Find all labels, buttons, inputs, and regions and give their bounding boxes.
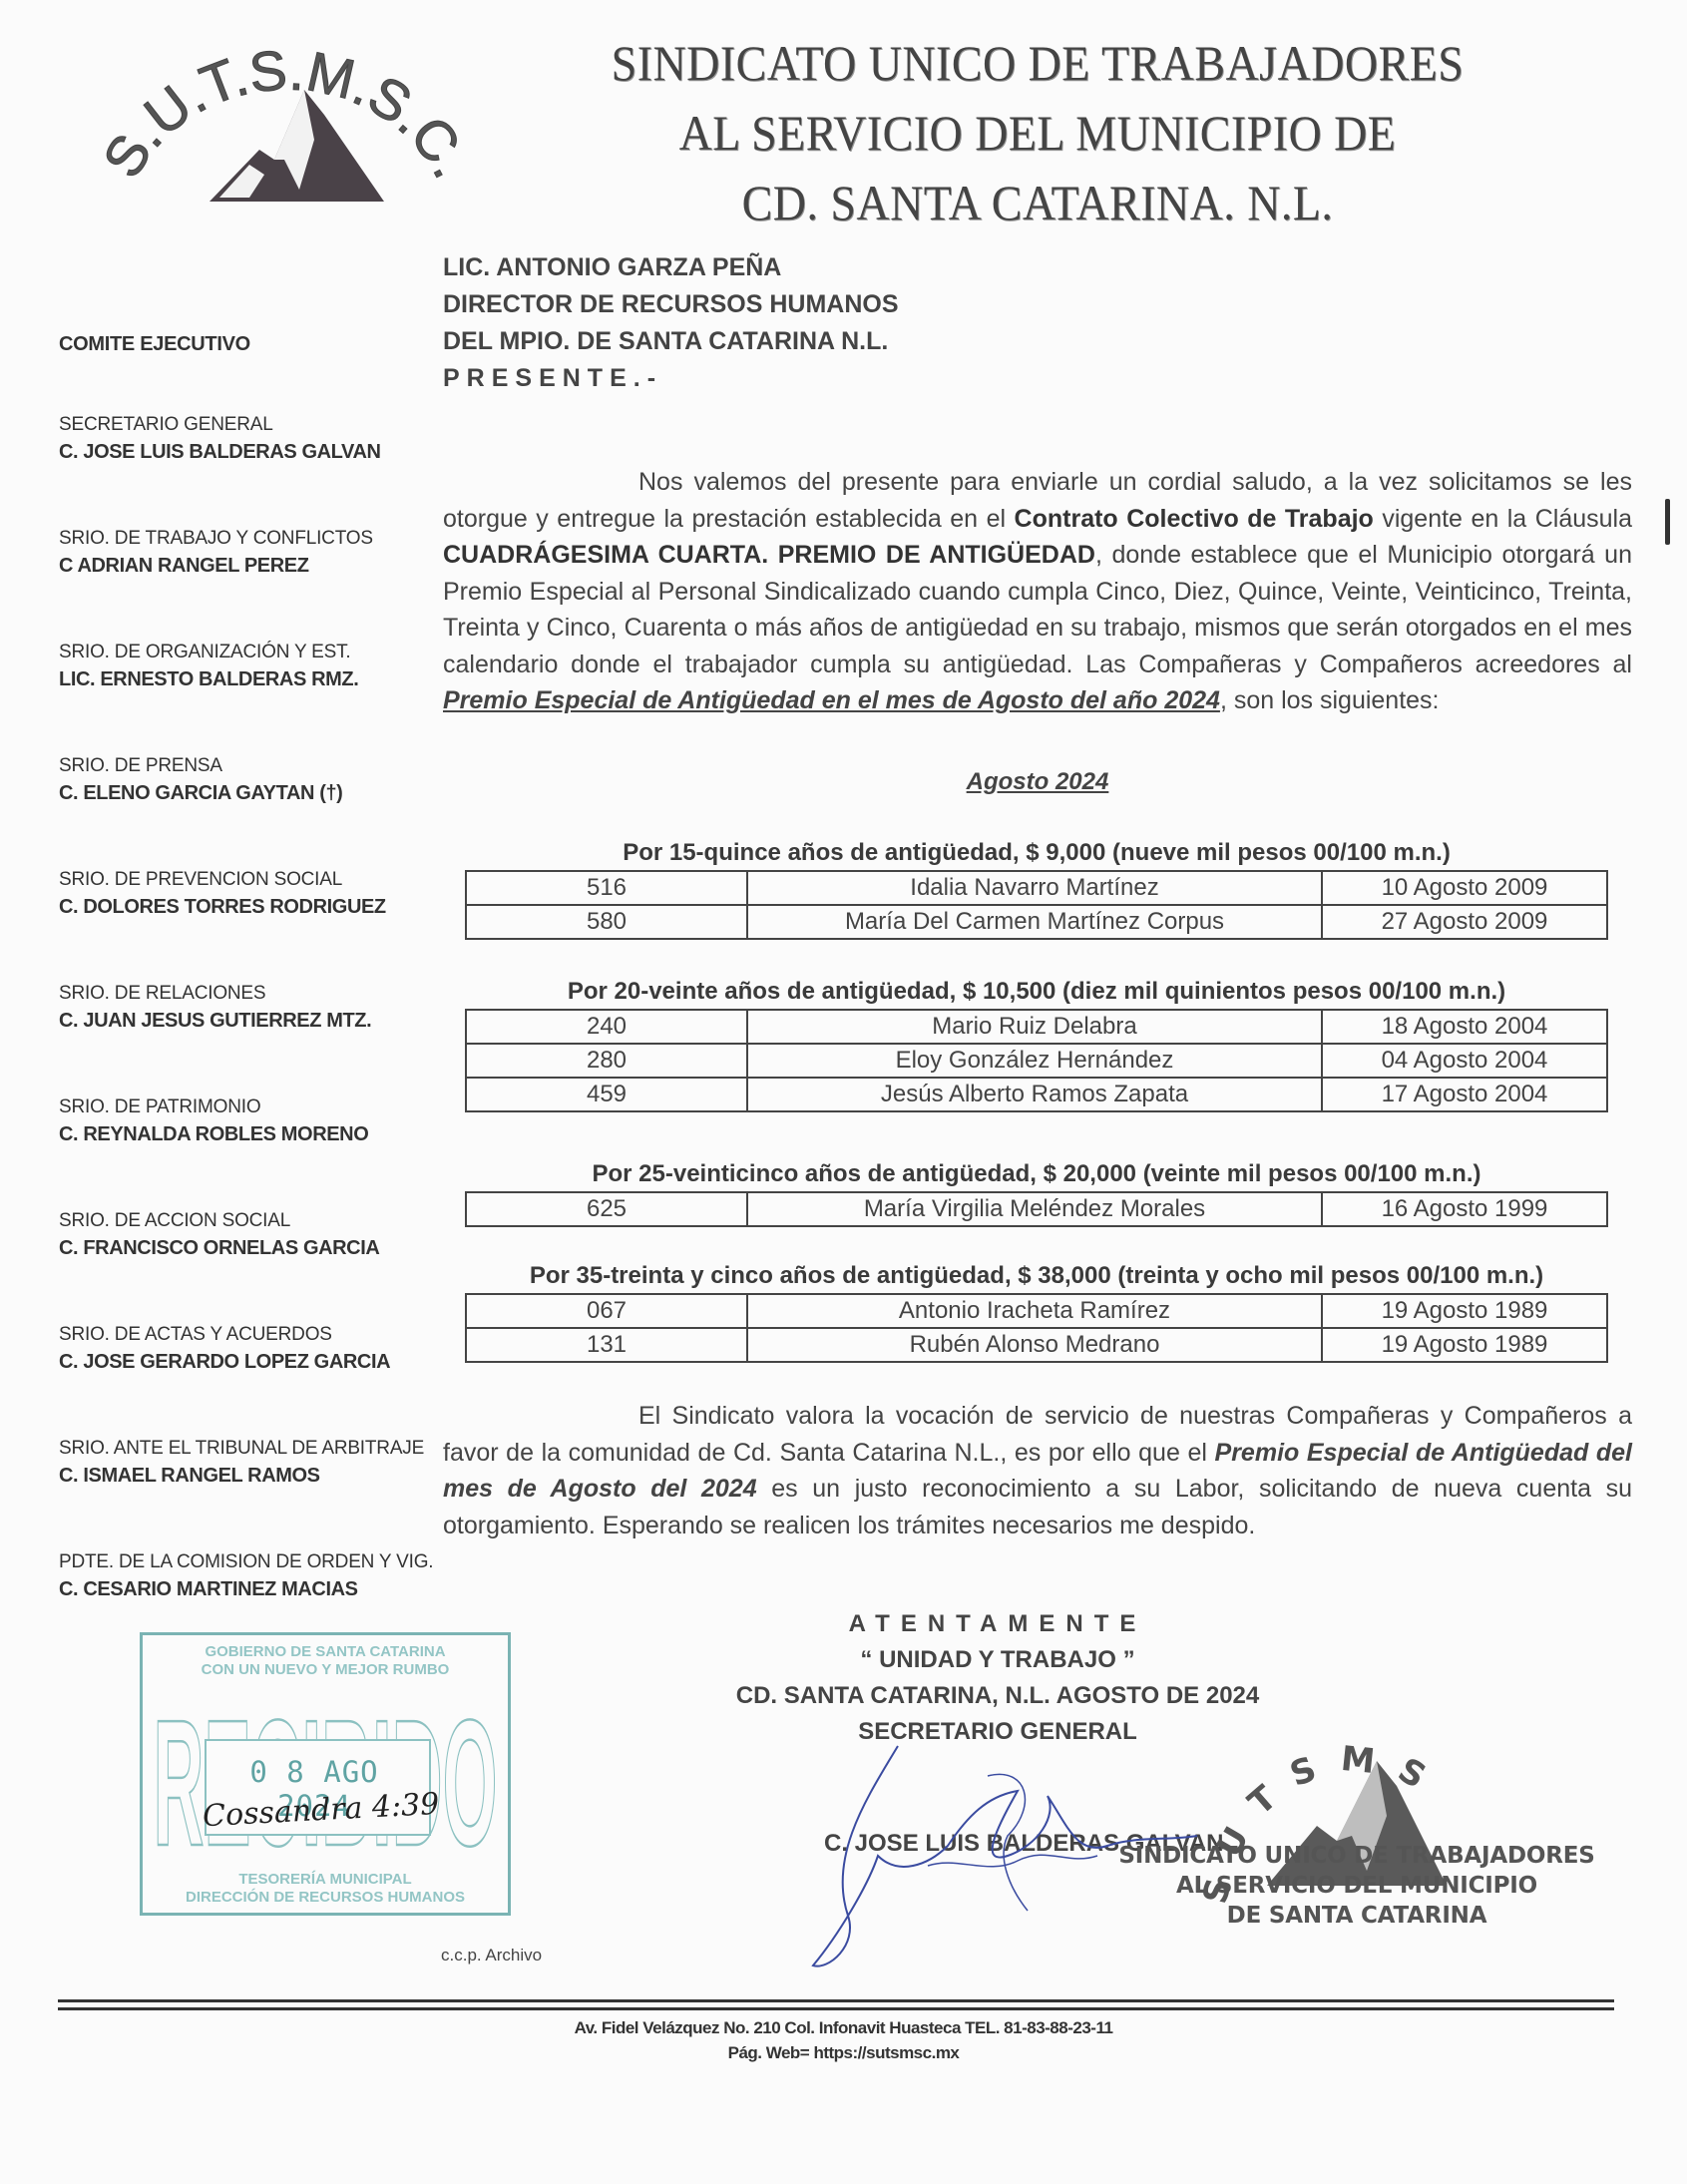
employee-name: María Del Carmen Martínez Corpus (747, 905, 1322, 939)
body-paragraph-1: Nos valemos del presente para enviarle u… (443, 464, 1632, 719)
committee-member: SRIO. DE ACCION SOCIALC. FRANCISCO ORNEL… (59, 1208, 438, 1322)
employee-number: 280 (466, 1044, 747, 1078)
employee-name: Eloy González Hernández (747, 1044, 1322, 1078)
table-row: 580María Del Carmen Martínez Corpus27 Ag… (466, 905, 1607, 939)
award-group-title: Por 25-veinticinco años de antigüedad, $… (465, 1157, 1608, 1191)
committee-sidebar: COMITE EJECUTIVO SECRETARIO GENERALC. JO… (59, 333, 438, 1663)
employee-number: 516 (466, 871, 747, 905)
committee-member: SRIO. DE PREVENCION SOCIALC. DOLORES TOR… (59, 867, 438, 981)
member-role: SRIO. ANTE EL TRIBUNAL DE ARBITRAJE (59, 1436, 438, 1462)
seal-line: DE SANTA CATARINA (1107, 1901, 1606, 1931)
member-name: C. REYNALDA ROBLES MORENO (59, 1120, 438, 1148)
employee-name: Mario Ruiz Delabra (747, 1010, 1322, 1044)
member-role: SECRETARIO GENERAL (59, 412, 438, 438)
table-row: 280Eloy González Hernández04 Agosto 2004 (466, 1044, 1607, 1078)
table-row: 240Mario Ruiz Delabra18 Agosto 2004 (466, 1010, 1607, 1044)
committee-member: SRIO. DE PRENSAC. ELENO GARCIA GAYTAN (†… (59, 753, 438, 867)
body-paragraph-2: El Sindicato valora la vocación de servi… (443, 1398, 1632, 1543)
stamp-line: TESORERÍA MUNICIPAL (143, 1871, 508, 1889)
committee-member: SRIO. DE TRABAJO Y CONFLICTOSC ADRIAN RA… (59, 526, 438, 640)
committee-member: SECRETARIO GENERALC. JOSE LUIS BALDERAS … (59, 412, 438, 526)
employee-number: 625 (466, 1192, 747, 1226)
member-name: C. FRANCISCO ORNELAS GARCIA (59, 1234, 438, 1262)
committee-member: SRIO. DE RELACIONESC. JUAN JESUS GUTIERR… (59, 981, 438, 1094)
member-name: C. JOSE GERARDO LOPEZ GARCIA (59, 1348, 438, 1376)
recipient-entity: DEL MPIO. DE SANTA CATARINA N.L. (443, 323, 899, 360)
employee-name: Antonio Iracheta Ramírez (747, 1294, 1322, 1328)
seal-line: SINDICATO UNICO DE TRABAJADORES (1107, 1841, 1606, 1871)
employee-name: María Virgilia Meléndez Morales (747, 1192, 1322, 1226)
member-role: SRIO. DE RELACIONES (59, 981, 438, 1007)
employee-number: 240 (466, 1010, 747, 1044)
hire-date: 17 Agosto 2004 (1322, 1078, 1607, 1111)
footer-divider (58, 2007, 1614, 2010)
award-group-25-years: Por 25-veinticinco años de antigüedad, $… (465, 1157, 1608, 1227)
member-role: SRIO. DE ORGANIZACIÓN Y EST. (59, 640, 438, 665)
employee-number: 580 (466, 905, 747, 939)
award-table: 516Idalia Navarro Martínez10 Agosto 2009… (465, 870, 1608, 940)
recipient-block: LIC. ANTONIO GARZA PEÑA DIRECTOR DE RECU… (443, 249, 899, 397)
clause-reference: CUADRÁGESIMA CUARTA. PREMIO DE ANTIGÜEDA… (443, 541, 1095, 569)
received-stamp: GOBIERNO DE SANTA CATARINA CON UN NUEVO … (140, 1632, 511, 1916)
member-role: PDTE. DE LA COMISION DE ORDEN Y VIG. (59, 1549, 438, 1575)
table-row: 131Rubén Alonso Medrano19 Agosto 1989 (466, 1328, 1607, 1362)
award-group-35-years: Por 35-treinta y cinco años de antigüeda… (465, 1259, 1608, 1363)
employee-number: 131 (466, 1328, 747, 1362)
committee-member: SRIO. DE ORGANIZACIÓN Y EST.LIC. ERNESTO… (59, 640, 438, 753)
member-role: SRIO. DE PREVENCION SOCIAL (59, 867, 438, 893)
stamp-top-text: GOBIERNO DE SANTA CATARINA CON UN NUEVO … (143, 1643, 508, 1679)
stamp-line: CON UN NUEVO Y MEJOR RUMBO (143, 1661, 508, 1679)
member-role: SRIO. DE PATRIMONIO (59, 1094, 438, 1120)
table-row: 067Antonio Iracheta Ramírez19 Agosto 198… (466, 1294, 1607, 1328)
member-name: C. JUAN JESUS GUTIERREZ MTZ. (59, 1007, 438, 1035)
org-title-line-3: CD. SANTA CATARINA. N.L. (561, 168, 1515, 237)
stamp-bottom-text: TESORERÍA MUNICIPAL DIRECCIÓN DE RECURSO… (143, 1871, 508, 1907)
org-title-line-2: AL SERVICIO DEL MUNICIPIO DE (561, 98, 1515, 168)
award-group-title: Por 35-treinta y cinco años de antigüeda… (465, 1259, 1608, 1293)
union-logo: S.U.T.S.M.S.C. (100, 20, 489, 210)
hire-date: 19 Agosto 1989 (1322, 1294, 1607, 1328)
stamp-line: GOBIERNO DE SANTA CATARINA (143, 1643, 508, 1661)
recipient-name: LIC. ANTONIO GARZA PEÑA (443, 249, 899, 286)
recipient-greeting: PRESENTE.- (443, 360, 899, 397)
footer: Av. Fidel Velázquez No. 210 Col. Infonav… (0, 2015, 1687, 2065)
award-group-20-years: Por 20-veinte años de antigüedad, $ 10,5… (465, 975, 1608, 1112)
table-row: 516Idalia Navarro Martínez10 Agosto 2009 (466, 871, 1607, 905)
union-seal-text: SINDICATO UNICO DE TRABAJADORES AL SERVI… (1107, 1841, 1606, 1931)
member-name: LIC. ERNESTO BALDERAS RMZ. (59, 665, 438, 693)
footer-address: Av. Fidel Velázquez No. 210 Col. Infonav… (0, 2015, 1687, 2040)
member-role: SRIO. DE ACTAS Y ACUERDOS (59, 1322, 438, 1348)
employee-name: Rubén Alonso Medrano (747, 1328, 1322, 1362)
employee-number: 459 (466, 1078, 747, 1111)
organization-title: SINDICATO UNICO DE TRABAJADORES AL SERVI… (561, 28, 1515, 237)
contract-reference: Contrato Colectivo de Trabajo (1015, 505, 1374, 533)
carbon-copy-note: c.c.p. Archivo (441, 1946, 542, 1966)
hire-date: 19 Agosto 1989 (1322, 1328, 1607, 1362)
employee-name: Jesús Alberto Ramos Zapata (747, 1078, 1322, 1111)
hire-date: 18 Agosto 2004 (1322, 1010, 1607, 1044)
table-row: 625María Virgilia Meléndez Morales16 Ago… (466, 1192, 1607, 1226)
member-name: C ADRIAN RANGEL PEREZ (59, 552, 438, 580)
stamp-line: DIRECCIÓN DE RECURSOS HUMANOS (143, 1889, 508, 1907)
recipient-position: DIRECTOR DE RECURSOS HUMANOS (443, 286, 899, 323)
employee-number: 067 (466, 1294, 747, 1328)
award-table: 067Antonio Iracheta Ramírez19 Agosto 198… (465, 1293, 1608, 1363)
member-role: SRIO. DE ACCION SOCIAL (59, 1208, 438, 1234)
margin-mark (1665, 499, 1670, 545)
footer-website[interactable]: Pág. Web= https://sutsmsc.mx (0, 2040, 1687, 2065)
org-title-line-1: SINDICATO UNICO DE TRABAJADORES (561, 28, 1515, 98)
member-name: C. CESARIO MARTINEZ MACIAS (59, 1575, 438, 1603)
member-name: C. ELENO GARCIA GAYTAN (†) (59, 779, 438, 807)
month-heading: Agosto 2024 (443, 768, 1632, 796)
award-table: 240Mario Ruiz Delabra18 Agosto 2004280El… (465, 1009, 1608, 1112)
member-name: C. JOSE LUIS BALDERAS GALVAN (59, 438, 438, 466)
hire-date: 16 Agosto 1999 (1322, 1192, 1607, 1226)
award-table: 625María Virgilia Meléndez Morales16 Ago… (465, 1191, 1608, 1227)
hire-date: 04 Agosto 2004 (1322, 1044, 1607, 1078)
text: vigente en la Cláusula (1374, 505, 1632, 533)
committee-title: COMITE EJECUTIVO (59, 333, 438, 356)
member-role: SRIO. DE PRENSA (59, 753, 438, 779)
text: , son los siguientes: (1220, 686, 1440, 714)
award-group-title: Por 15-quince años de antigüedad, $ 9,00… (465, 836, 1608, 870)
award-reference: Premio Especial de Antigüedad en el mes … (443, 686, 1220, 714)
committee-member: SRIO. DE ACTAS Y ACUERDOSC. JOSE GERARDO… (59, 1322, 438, 1436)
committee-member: SRIO. ANTE EL TRIBUNAL DE ARBITRAJEC. IS… (59, 1436, 438, 1549)
hire-date: 10 Agosto 2009 (1322, 871, 1607, 905)
table-row: 459Jesús Alberto Ramos Zapata17 Agosto 2… (466, 1078, 1607, 1111)
award-group-15-years: Por 15-quince años de antigüedad, $ 9,00… (465, 836, 1608, 940)
member-role: SRIO. DE TRABAJO Y CONFLICTOS (59, 526, 438, 552)
closing-salutation: ATENTAMENTE (698, 1606, 1297, 1642)
member-name: C. DOLORES TORRES RODRIGUEZ (59, 893, 438, 921)
member-name: C. ISMAEL RANGEL RAMOS (59, 1462, 438, 1490)
employee-name: Idalia Navarro Martínez (747, 871, 1322, 905)
award-group-title: Por 20-veinte años de antigüedad, $ 10,5… (465, 975, 1608, 1009)
footer-divider (58, 1999, 1614, 2002)
hire-date: 27 Agosto 2009 (1322, 905, 1607, 939)
committee-member: SRIO. DE PATRIMONIOC. REYNALDA ROBLES MO… (59, 1094, 438, 1208)
seal-line: AL SERVICIO DEL MUNICIPIO (1107, 1871, 1606, 1901)
